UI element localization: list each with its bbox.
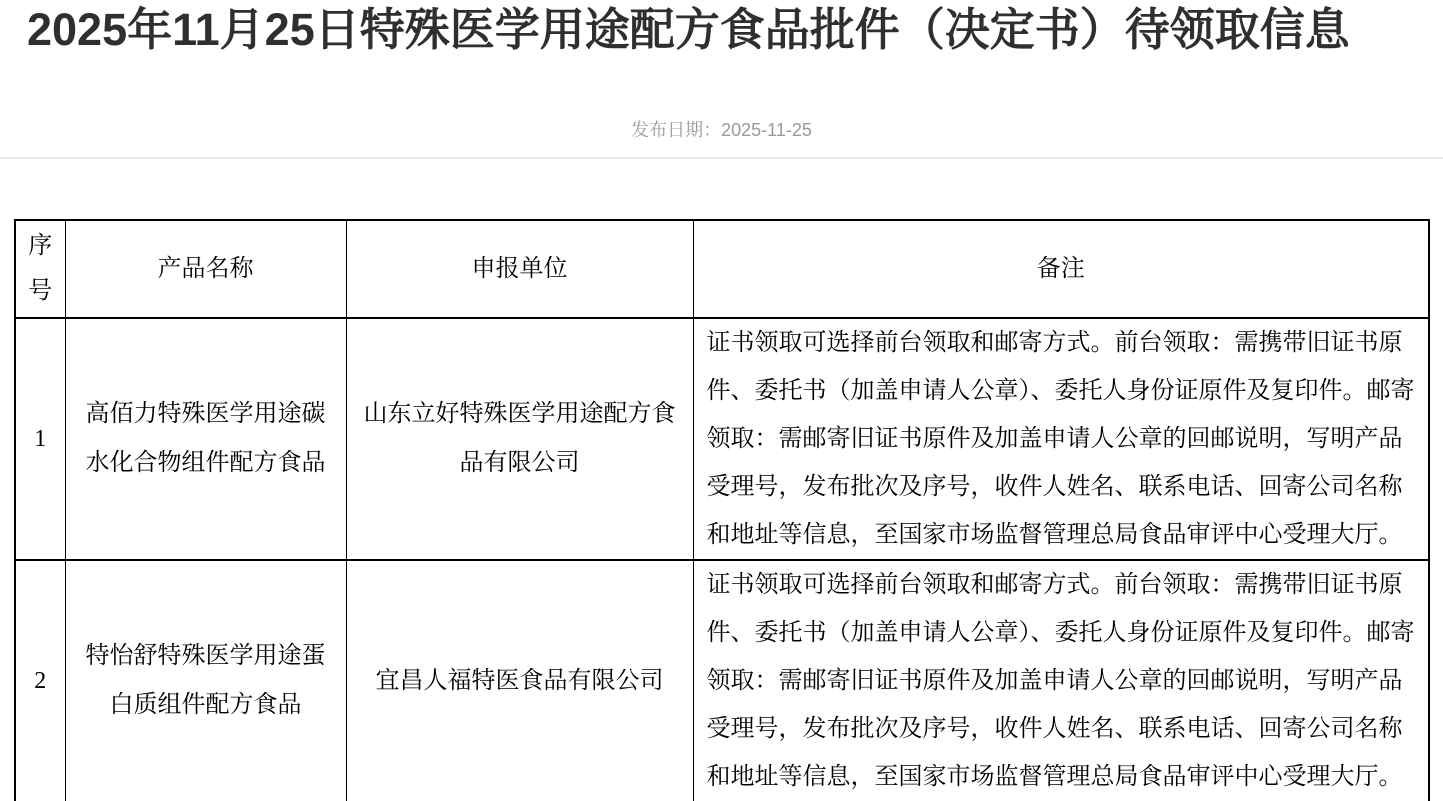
page-title: 2025年11月25日特殊医学用途配方食品批件（决定书）待领取信息 — [0, 0, 1443, 58]
publish-date-label: 发布日期： — [631, 120, 721, 140]
row-2-product-name: 特怡舒特殊医学用途蛋白质组件配方食品 — [65, 560, 346, 801]
row-1-index: 1 — [15, 318, 65, 560]
horizontal-divider — [0, 157, 1443, 159]
row-2-applicant: 宜昌人福特医食品有限公司 — [346, 560, 693, 801]
row-1-applicant: 山东立好特殊医学用途配方食品有限公司 — [346, 318, 693, 560]
row-2-remark: 证书领取可选择前台领取和邮寄方式。前台领取：需携带旧证书原件、委托书（加盖申请人… — [693, 560, 1429, 801]
notice-page: 2025年11月25日特殊医学用途配方食品批件（决定书）待领取信息 发布日期：2… — [0, 0, 1443, 801]
header-applicant: 申报单位 — [346, 220, 693, 318]
table-header: 序号 产品名称 申报单位 备注 — [15, 220, 1429, 318]
header-index: 序号 — [15, 220, 65, 318]
table-row: 1 高佰力特殊医学用途碳水化合物组件配方食品 山东立好特殊医学用途配方食品有限公… — [15, 318, 1429, 560]
table-row: 2 特怡舒特殊医学用途蛋白质组件配方食品 宜昌人福特医食品有限公司 证书领取可选… — [15, 560, 1429, 801]
header-remark: 备注 — [693, 220, 1429, 318]
pickup-info-table: 序号 产品名称 申报单位 备注 1 高佰力特殊医学用途碳水化合物组件配方食品 山… — [14, 219, 1430, 801]
row-2-index: 2 — [15, 560, 65, 801]
publish-date-line: 发布日期：2025-11-25 — [0, 120, 1443, 140]
row-1-product-name: 高佰力特殊医学用途碳水化合物组件配方食品 — [65, 318, 346, 560]
publish-date-value: 2025-11-25 — [721, 120, 812, 140]
table-header-row: 序号 产品名称 申报单位 备注 — [15, 220, 1429, 318]
header-product-name: 产品名称 — [65, 220, 346, 318]
row-1-remark: 证书领取可选择前台领取和邮寄方式。前台领取：需携带旧证书原件、委托书（加盖申请人… — [693, 318, 1429, 560]
